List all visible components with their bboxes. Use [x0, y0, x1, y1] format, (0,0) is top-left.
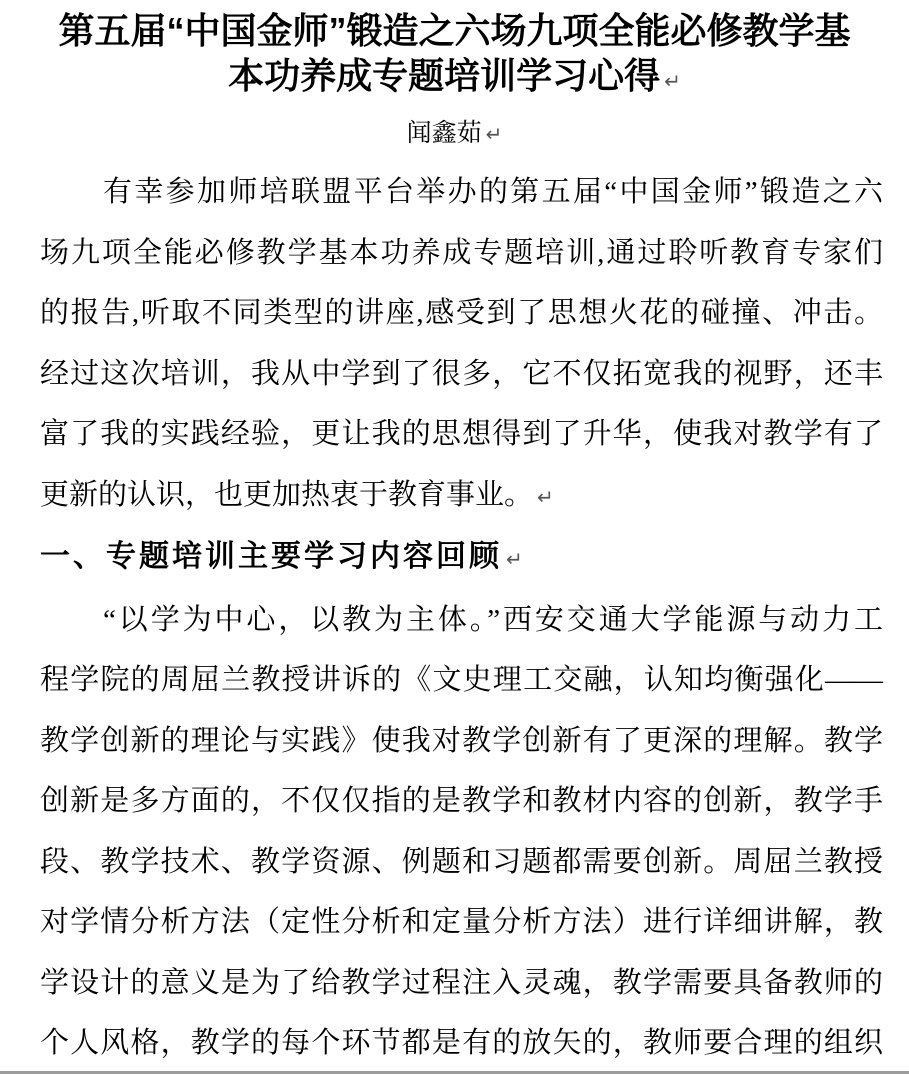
document-body: 有幸参加师培联盟平台举办的第五届“中国金师”锻造之六 场九项全能必修教学基本功养…	[40, 162, 883, 1074]
paragraph-mark-icon: ↵	[502, 547, 523, 571]
paragraph-line: 个人风格，教学的每个环节都是有的放矢的，教师要合理的组织	[40, 1013, 883, 1074]
heading-text: 一、专题培训主要学习内容回顾	[40, 540, 502, 573]
line-text: 场九项全能必修教学基本功养成专题培训,通过聆听教育专家们	[40, 237, 883, 269]
paragraph-line: “以学为中心，以教为主体。”西安交通大学能源与动力工	[40, 590, 883, 651]
paragraph-line: 富了我的实践经验，更让我的思想得到了升华，使我对教学有了	[40, 404, 883, 465]
line-text: 教学创新的理论与实践》使我对教学创新有了更深的理解。教学	[40, 725, 883, 757]
paragraph-line: 有幸参加师培联盟平台举办的第五届“中国金师”锻造之六	[40, 162, 883, 223]
title-line-1: 第五届“中国金师”锻造之六场九项全能必修教学基	[0, 8, 909, 53]
paragraph-line: 教学创新的理论与实践》使我对教学创新有了更深的理解。教学	[40, 711, 883, 772]
title-text: 本功养成专题培训学习心得	[228, 55, 660, 96]
paragraph-mark-icon: ↵	[660, 69, 681, 93]
paragraph-line: 场九项全能必修教学基本功养成专题培训,通过聆听教育专家们	[40, 223, 883, 284]
line-text: “以学为中心，以教为主体。”西安交通大学能源与动力工	[103, 604, 883, 636]
paragraph-line: 的报告,听取不同类型的讲座,感受到了思想火花的碰撞、冲击。	[40, 283, 883, 344]
title-text: 第五届“中国金师”锻造之六场九项全能必修教学基	[58, 10, 850, 51]
line-text: 的报告,听取不同类型的讲座,感受到了思想火花的碰撞、冲击。	[40, 297, 883, 329]
author-line: 闻鑫茹↵	[0, 116, 909, 152]
section-heading: 一、专题培训主要学习内容回顾↵	[40, 527, 883, 590]
line-text: 个人风格，教学的每个环节都是有的放矢的，教师要合理的组织	[40, 1027, 883, 1059]
line-text: 对学情分析方法（定性分析和定量分析方法）进行详细讲解，教	[40, 906, 883, 938]
line-text: 有幸参加师培联盟平台举办的第五届“中国金师”锻造之六	[103, 176, 883, 208]
paragraph-line: 经过这次培训，我从中学到了很多，它不仅拓宽我的视野，还丰	[40, 344, 883, 405]
line-text: 段、教学技术、教学资源、例题和习题都需要创新。周屈兰教授	[40, 846, 883, 878]
paragraph-line: 对学情分析方法（定性分析和定量分析方法）进行详细讲解，教	[40, 892, 883, 953]
line-text: 富了我的实践经验，更让我的思想得到了升华，使我对教学有了	[40, 418, 883, 450]
line-text: 更新的认识，也更加热衷于教育事业。	[40, 479, 533, 511]
line-text: 经过这次培训，我从中学到了很多，它不仅拓宽我的视野，还丰	[40, 358, 883, 390]
line-text: 创新是多方面的，不仅仅指的是教学和教材内容的创新，教学手	[40, 785, 883, 817]
paragraph-mark-icon: ↵	[482, 122, 503, 146]
author-name: 闻鑫茹	[407, 120, 482, 147]
paragraph-line: 段、教学技术、教学资源、例题和习题都需要创新。周屈兰教授	[40, 832, 883, 893]
document-title: 第五届“中国金师”锻造之六场九项全能必修教学基 本功养成专题培训学习心得↵	[0, 0, 909, 104]
paragraph-line: 创新是多方面的，不仅仅指的是教学和教材内容的创新，教学手	[40, 771, 883, 832]
paragraph-line: 程学院的周屈兰教授讲诉的《文史理工交融，认知均衡强化——	[40, 650, 883, 711]
paragraph-line: 学设计的意义是为了给教学过程注入灵魂，教学需要具备教师的	[40, 953, 883, 1014]
paragraph-line: 更新的认识，也更加热衷于教育事业。↵	[40, 465, 883, 528]
line-text: 学设计的意义是为了给教学过程注入灵魂，教学需要具备教师的	[40, 967, 883, 999]
title-line-2: 本功养成专题培训学习心得↵	[0, 53, 909, 104]
paragraph-mark-icon: ↵	[533, 485, 554, 509]
line-text: 程学院的周屈兰教授讲诉的《文史理工交融，认知均衡强化——	[40, 664, 883, 696]
document-page: 第五届“中国金师”锻造之六场九项全能必修教学基 本功养成专题培训学习心得↵ 闻鑫…	[0, 0, 909, 1074]
